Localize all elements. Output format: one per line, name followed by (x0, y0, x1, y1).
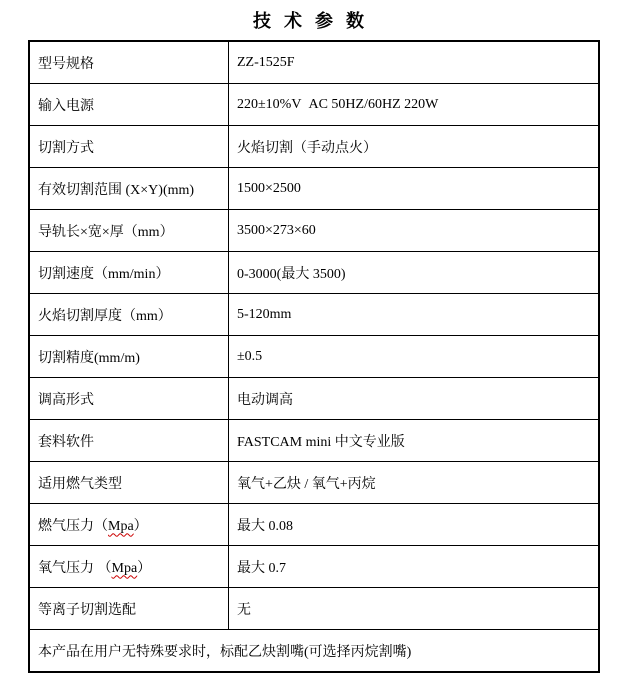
spec-value: 5-120mm (229, 294, 600, 336)
table-row: 氧气压力 （Mpa） 最大 0.7 (29, 546, 599, 588)
misspelled-word: Mpa (112, 561, 138, 576)
spec-label: 套料软件 (29, 420, 229, 462)
spec-value: 最大 0.08 (229, 504, 600, 546)
spec-table-body: 型号规格 ZZ-1525F 输入电源 220±10%V AC 50HZ/60HZ… (29, 41, 599, 672)
spec-label-text: 氧气压力 （ (38, 561, 112, 576)
table-row: 火焰切割厚度（mm） 5-120mm (29, 294, 599, 336)
spec-label-text: 燃气压力（ (38, 519, 108, 534)
spec-label: 切割方式 (29, 126, 229, 168)
table-row: 有效切割范围 (X×Y)(mm) 1500×2500 (29, 168, 599, 210)
spec-value: 1500×2500 (229, 168, 600, 210)
table-row: 导轨长×宽×厚（mm） 3500×273×60 (29, 210, 599, 252)
table-row: 型号规格 ZZ-1525F (29, 41, 599, 84)
table-row: 适用燃气类型 氧气+乙炔 / 氧气+丙烷 (29, 462, 599, 504)
spec-value: 3500×273×60 (229, 210, 600, 252)
spec-value: ZZ-1525F (229, 41, 600, 84)
spec-value: 电动调高 (229, 378, 600, 420)
spec-value: FASTCAM mini 中文专业版 (229, 420, 600, 462)
spec-label-text: ） (137, 561, 151, 576)
table-row: 输入电源 220±10%V AC 50HZ/60HZ 220W (29, 84, 599, 126)
spec-label: 切割精度(mm/m) (29, 336, 229, 378)
footer-note: 本产品在用户无特殊要求时，标配乙炔割嘴(可选择丙烷割嘴) (29, 630, 599, 673)
spec-table: 型号规格 ZZ-1525F 输入电源 220±10%V AC 50HZ/60HZ… (28, 40, 600, 673)
spec-value: 无 (229, 588, 600, 630)
spec-value: 0-3000(最大 3500) (229, 252, 600, 294)
table-row: 调高形式 电动调高 (29, 378, 599, 420)
spec-label: 调高形式 (29, 378, 229, 420)
table-row: 本产品在用户无特殊要求时，标配乙炔割嘴(可选择丙烷割嘴) (29, 630, 599, 673)
page-title: 技 术 参 数 (0, 9, 621, 33)
table-row: 套料软件 FASTCAM mini 中文专业版 (29, 420, 599, 462)
spec-label: 输入电源 (29, 84, 229, 126)
table-row: 切割方式 火焰切割（手动点火） (29, 126, 599, 168)
table-row: 切割速度（mm/min） 0-3000(最大 3500) (29, 252, 599, 294)
spec-label: 燃气压力（Mpa） (29, 504, 229, 546)
spec-label: 氧气压力 （Mpa） (29, 546, 229, 588)
spec-value: 火焰切割（手动点火） (229, 126, 600, 168)
spec-value: ±0.5 (229, 336, 600, 378)
spec-label: 切割速度（mm/min） (29, 252, 229, 294)
table-row: 等离子切割选配 无 (29, 588, 599, 630)
spec-label-text: ） (134, 519, 148, 534)
spec-label: 火焰切割厚度（mm） (29, 294, 229, 336)
spec-label: 导轨长×宽×厚（mm） (29, 210, 229, 252)
spec-label: 等离子切割选配 (29, 588, 229, 630)
misspelled-word: Mpa (108, 519, 134, 534)
spec-label: 有效切割范围 (X×Y)(mm) (29, 168, 229, 210)
spec-label: 型号规格 (29, 41, 229, 84)
table-row: 燃气压力（Mpa） 最大 0.08 (29, 504, 599, 546)
spec-value: 氧气+乙炔 / 氧气+丙烷 (229, 462, 600, 504)
spec-label: 适用燃气类型 (29, 462, 229, 504)
spec-value: 最大 0.7 (229, 546, 600, 588)
table-row: 切割精度(mm/m) ±0.5 (29, 336, 599, 378)
spec-value: 220±10%V AC 50HZ/60HZ 220W (229, 84, 600, 126)
